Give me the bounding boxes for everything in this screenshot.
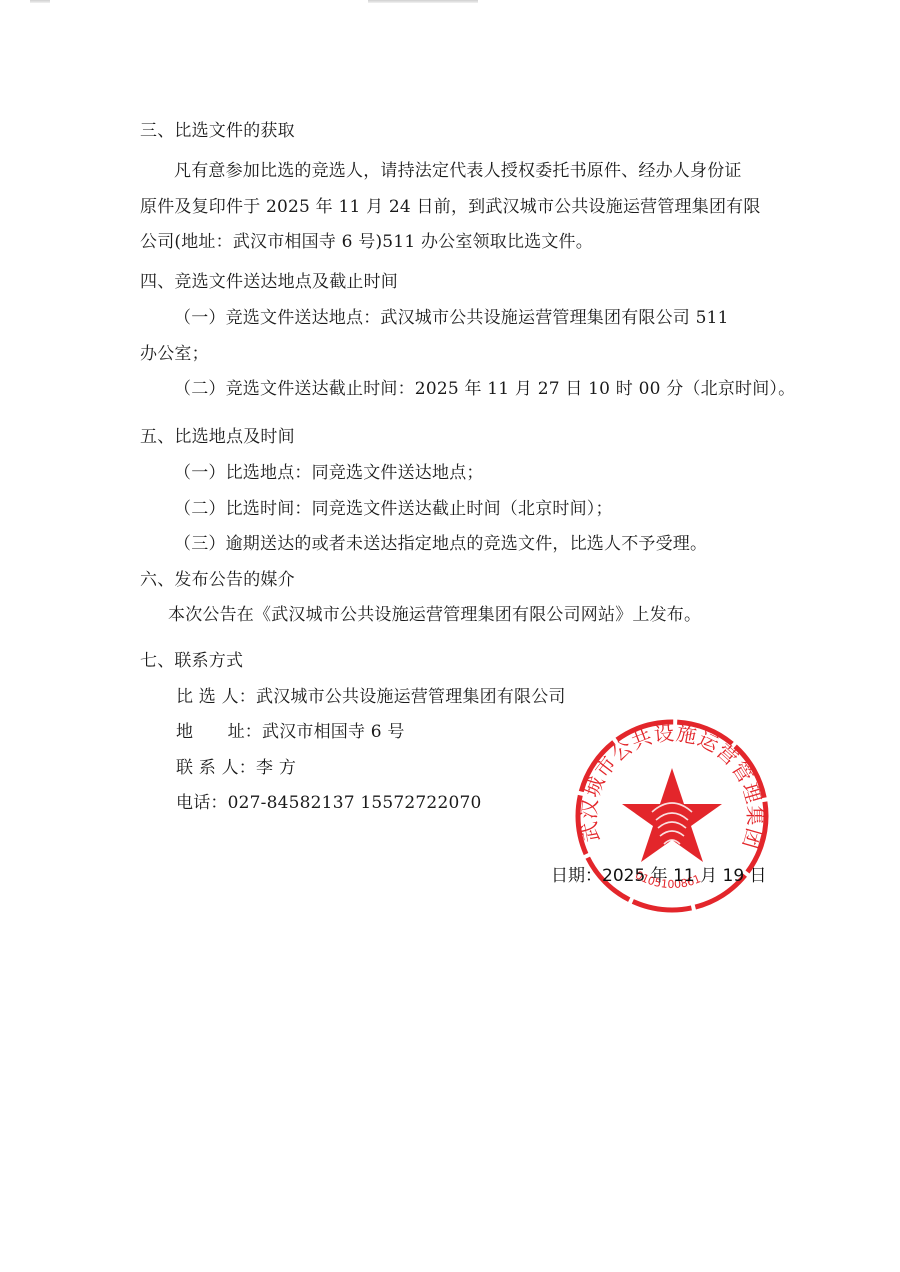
contact-value: 李 方 [256, 758, 296, 778]
contact-bidder: 比 选 人：武汉城市公共设施运营管理集团有限公司 [176, 682, 566, 707]
section-4-heading: 四、竞选文件送达地点及截止时间 [140, 267, 398, 292]
contact-label: 地 址： [176, 722, 262, 742]
section-4-item-2: （二）竞选文件送达截止时间：2025 年 11 月 27 日 10 时 00 分… [174, 374, 795, 399]
contact-value: 武汉市相国寺 6 号 [262, 722, 405, 742]
company-seal-stamp: 武汉城市公共设施运营管理集团有限公司 0105100861 [572, 716, 772, 916]
scan-edge-mark [368, 0, 478, 3]
contact-value: 027-84582137 15572722070 [228, 793, 482, 813]
section-6-para: 本次公告在《武汉城市公共设施运营管理集团有限公司网站》上发布。 [168, 600, 701, 625]
star-icon [622, 768, 722, 862]
section-5-heading: 五、比选地点及时间 [140, 422, 295, 447]
contact-label: 联 系 人： [176, 758, 256, 778]
section-3-para-line: 凡有意参加比选的竞选人，请持法定代表人授权委托书原件、经办人身份证 [174, 156, 742, 181]
contact-label: 比 选 人： [176, 687, 256, 707]
section-6-heading: 六、发布公告的媒介 [140, 565, 295, 590]
section-7-heading: 七、联系方式 [140, 646, 243, 671]
section-3-para-line: 原件及复印件于 2025 年 11 月 24 日前，到武汉城市公共设施运营管理集… [140, 192, 761, 217]
contact-value: 武汉城市公共设施运营管理集团有限公司 [256, 687, 566, 707]
contact-phone: 电话：027-84582137 15572722070 [176, 788, 482, 813]
contact-label: 电话： [176, 793, 228, 813]
issue-date: 日期：2025 年 11 月 19 日 [551, 861, 767, 886]
section-5-item: （二）比选时间：同竞选文件送达截止时间（北京时间）； [174, 494, 613, 519]
section-4-item-1: （一）竞选文件送达地点：武汉城市公共设施运营管理集团有限公司 511 [174, 303, 729, 328]
section-4-item-1-cont: 办公室； [140, 339, 209, 364]
section-3-heading: 三、比选文件的获取 [140, 116, 295, 141]
section-5-item: （三）逾期送达的或者未送达指定地点的竞选文件，比选人不予受理。 [174, 529, 707, 554]
section-5-item: （一）比选地点：同竞选文件送达地点； [174, 458, 484, 483]
section-3-para-line: 公司(地址：武汉市相国寺 6 号)511 办公室领取比选文件。 [140, 227, 593, 252]
contact-address: 地 址：武汉市相国寺 6 号 [176, 717, 405, 742]
scan-edge-mark [30, 0, 50, 3]
contact-person: 联 系 人：李 方 [176, 753, 296, 778]
